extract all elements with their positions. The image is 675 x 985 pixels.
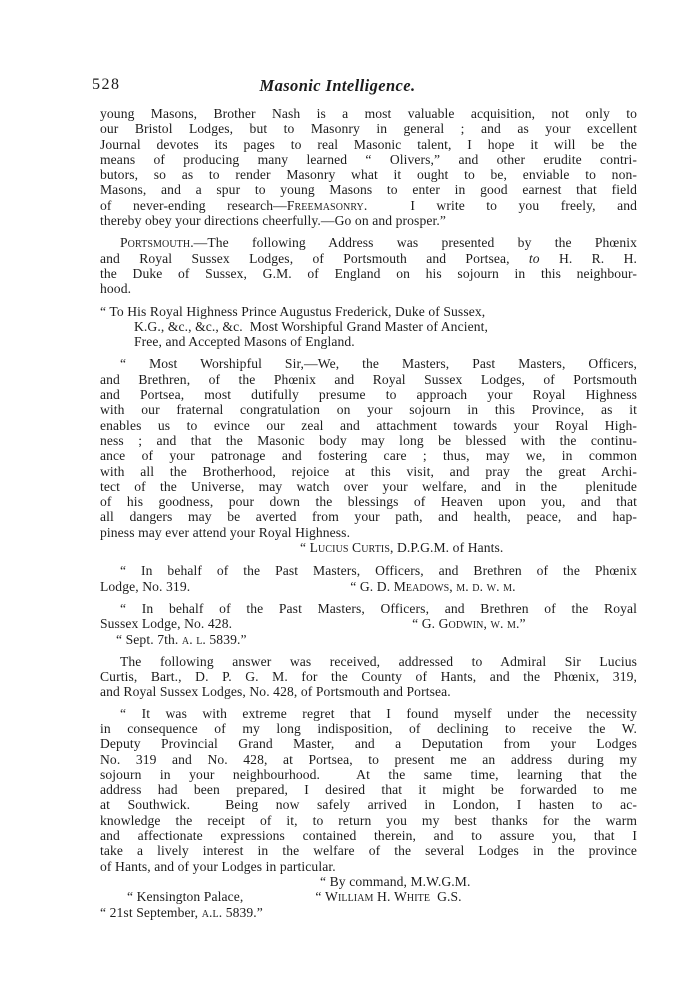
- text-run: Masons, and a spur to young Masons to en…: [100, 182, 637, 197]
- text-run: thereby obey your directions cheerfully.…: [100, 213, 446, 228]
- small-caps-run: a.l.: [202, 905, 223, 920]
- text-line: K.G., &c., &c., &c. Most Worshipful Gran…: [100, 319, 637, 334]
- text-run: The following answer was received, addre…: [120, 654, 637, 669]
- running-header: 528 Masonic Intelligence.: [0, 76, 675, 98]
- text-run: take a lively interest in the welfare of…: [100, 843, 637, 858]
- text-line: The following answer was received, addre…: [100, 654, 637, 669]
- text-run: Journal devotes its pages to real Masoni…: [100, 137, 637, 152]
- text-run: Sussex Lodge, No. 428.: [100, 616, 232, 631]
- text-line: and Royal Sussex Lodges, No. 428, of Por…: [100, 684, 637, 699]
- text-line: “ To His Royal Highness Prince Augustus …: [100, 304, 637, 319]
- small-caps-run: w. m.: [491, 616, 520, 631]
- text-line: with all the Brotherhood, rejoice at thi…: [100, 464, 637, 479]
- text-line: sojourn in your neighbourhood. At the sa…: [100, 767, 637, 782]
- text-run: and Royal Sussex Lodges, No. 428, of Por…: [100, 684, 451, 699]
- text-run: “ It was with extreme regret that I foun…: [120, 706, 637, 721]
- address-salutation: “ To His Royal Highness Prince Augustus …: [100, 304, 637, 350]
- text-line: of never-ending research—Freemasonry. I …: [100, 198, 637, 213]
- text-run: “ 21st September,: [100, 905, 202, 920]
- text-line: of his goodness, pour down the blessings…: [100, 494, 637, 509]
- answer-body-paragraph: “ It was with extreme regret that I foun…: [100, 706, 637, 874]
- text-run: “ In behalf of the Past Masters, Officer…: [120, 563, 637, 578]
- text-run: Deputy Provincial Grand Master, and a De…: [100, 736, 637, 751]
- text-run: at Southwick. Being now safely arrived i…: [100, 797, 637, 812]
- text-line: “ Kensington Palace,“ William H. White G…: [100, 889, 637, 904]
- text-line: with our fraternal congratulation on you…: [100, 402, 637, 417]
- text-line: Curtis, Bart., D. P. G. M. for the Count…: [100, 669, 637, 684]
- text-run: ance of your patronage and fostering car…: [100, 448, 637, 463]
- address-signature-line: “ Lucius Curtis, D.P.G.M. of Hants.: [100, 540, 637, 555]
- text-run: ,: [484, 616, 491, 631]
- text-run: ”: [520, 616, 526, 631]
- text-line: address had been prepared, I desired tha…: [100, 782, 637, 797]
- text-line: Journal devotes its pages to real Masoni…: [100, 137, 637, 152]
- text-run: tect of the Universe, may watch over you…: [100, 479, 637, 494]
- text-line: knowledge the receipt of it, to return y…: [100, 813, 637, 828]
- text-run: , D.P.G.M. of Hants.: [390, 540, 503, 555]
- text-line: Portsmouth.—The following Address was pr…: [100, 235, 637, 250]
- letter-closing-paragraph: young Masons, Brother Nash is a most val…: [100, 106, 637, 228]
- text-line: thereby obey your directions cheerfully.…: [100, 213, 637, 228]
- text-run: piness may ever attend your Royal Highne…: [100, 525, 350, 540]
- text-run: “: [300, 540, 310, 555]
- text-run: all dangers may be averted from your pat…: [100, 509, 637, 524]
- text-run: and Portsea, most dutifully presume to a…: [100, 387, 637, 402]
- text-run: of never-ending research—: [100, 198, 287, 213]
- text-line: our Bristol Lodges, but to Masonry in ge…: [100, 121, 637, 136]
- text-run: “ G. D.: [350, 579, 393, 594]
- text-run: the Duke of Sussex, G.M. of England on h…: [100, 266, 637, 281]
- small-caps-run: m. d. w. m.: [456, 579, 515, 594]
- scanned-book-page: 528 Masonic Intelligence. young Masons, …: [0, 0, 675, 985]
- text-run: Free, and Accepted Masons of England.: [134, 334, 355, 349]
- text-run: with our fraternal congratulation on you…: [100, 402, 637, 417]
- text-line: the Duke of Sussex, G.M. of England on h…: [100, 266, 637, 281]
- answer-intro-paragraph: The following answer was received, addre…: [100, 654, 637, 700]
- text-run: Curtis, Bart., D. P. G. M. for the Count…: [100, 669, 637, 684]
- text-run: in consequence of my long indisposition,…: [100, 721, 637, 736]
- text-line: ance of your patronage and fostering car…: [100, 448, 637, 463]
- text-run: sojourn in your neighbourhood. At the sa…: [100, 767, 637, 782]
- text-run: butors, so as to render Masonry what it …: [100, 167, 637, 182]
- text-line: Deputy Provincial Grand Master, and a De…: [100, 736, 637, 751]
- small-caps-run: White: [394, 889, 430, 904]
- text-run: Lodge, No. 319.: [100, 579, 190, 594]
- text-run: “ In behalf of the Past Masters, Officer…: [120, 601, 637, 616]
- text-line: Masons, and a spur to young Masons to en…: [100, 182, 637, 197]
- text-line: “ Most Worshipful Sir,—We, the Masters, …: [100, 356, 637, 371]
- text-run: young Masons, Brother Nash is a most val…: [100, 106, 637, 121]
- text-run: .—The following Address was presented by…: [190, 235, 637, 250]
- text-run: and affectionate expressions contained t…: [100, 828, 637, 843]
- text-run: “ Most Worshipful Sir,—We, the Masters, …: [120, 356, 637, 371]
- text-run: knowledge the receipt of it, to return y…: [100, 813, 637, 828]
- text-run: “ Kensington Palace,: [127, 889, 243, 904]
- text-line: “ In behalf of the Past Masters, Officer…: [100, 563, 637, 578]
- text-run: . I write to you freely, and: [364, 198, 637, 213]
- text-line: at Southwick. Being now safely arrived i…: [100, 797, 637, 812]
- small-caps-run: Portsmouth: [120, 235, 190, 250]
- text-run: 5839.”: [206, 632, 247, 647]
- text-line: and Portsea, most dutifully presume to a…: [100, 387, 637, 402]
- text-line: “ By command, M.W.G.M.: [100, 874, 637, 889]
- text-run: “ Sept. 7th.: [116, 632, 182, 647]
- text-run: of his goodness, pour down the blessings…: [100, 494, 637, 509]
- text-line: in consequence of my long indisposition,…: [100, 721, 637, 736]
- text-run: hood.: [100, 281, 131, 296]
- text-line: Lodge, No. 319.“ G. D. Meadows, m. d. w.…: [100, 579, 637, 594]
- place-and-secretary-line: “ Kensington Palace,“ William H. White G…: [100, 889, 637, 904]
- text-run: means of producing many learned “ Oliver…: [100, 152, 637, 167]
- text-line: hood.: [100, 281, 637, 296]
- sussex-endorsement: “ In behalf of the Past Masters, Officer…: [100, 601, 637, 647]
- small-caps-run: Lucius Curtis: [310, 540, 390, 555]
- text-run: H.: [374, 889, 394, 904]
- text-run: K.G., &c., &c., &c. Most Worshipful Gran…: [134, 319, 488, 334]
- address-body-paragraph: “ Most Worshipful Sir,—We, the Masters, …: [100, 356, 637, 540]
- phoenix-endorsement: “ In behalf of the Past Masters, Officer…: [100, 563, 637, 594]
- text-run: of Hants, and of your Lodges in particul…: [100, 859, 336, 874]
- text-line: ness ; and that the Masonic body may lon…: [100, 433, 637, 448]
- text-run: address had been prepared, I desired tha…: [100, 782, 637, 797]
- text-run: and Royal Sussex Lodges, of Portsmouth a…: [100, 251, 529, 266]
- text-line: of Hants, and of your Lodges in particul…: [100, 859, 637, 874]
- small-caps-run: Godwin: [439, 616, 484, 631]
- text-run: “ To His Royal Highness Prince Augustus …: [100, 304, 485, 319]
- small-caps-run: Meadows: [394, 579, 450, 594]
- text-run: No. 319 and No. 428, at Portsea, to pres…: [100, 752, 637, 767]
- text-line: butors, so as to render Masonry what it …: [100, 167, 637, 182]
- text-line: and Brethren, of the Phœnix and Royal Su…: [100, 372, 637, 387]
- small-caps-run: a. l.: [182, 632, 206, 647]
- page-text: young Masons, Brother Nash is a most val…: [100, 106, 637, 920]
- text-run: enables us to evince our zeal and attach…: [100, 418, 637, 433]
- date-line: “ 21st September, a.l. 5839.”: [100, 905, 637, 920]
- text-line: and Royal Sussex Lodges, of Portsmouth a…: [100, 251, 637, 266]
- text-line: No. 319 and No. 428, at Portsea, to pres…: [100, 752, 637, 767]
- text-run: and Brethren, of the Phœnix and Royal Su…: [100, 372, 637, 387]
- running-title: Masonic Intelligence.: [260, 76, 416, 96]
- text-line: means of producing many learned “ Oliver…: [100, 152, 637, 167]
- text-run: “ G.: [412, 616, 439, 631]
- italic-run: to: [529, 251, 540, 266]
- page-number: 528: [92, 76, 121, 94]
- text-run: 5839.”: [222, 905, 263, 920]
- small-caps-run: Freemasonry: [287, 198, 364, 213]
- text-line: “ 21st September, a.l. 5839.”: [100, 905, 637, 920]
- text-line: young Masons, Brother Nash is a most val…: [100, 106, 637, 121]
- text-run: G.S.: [430, 889, 462, 904]
- text-line: “ It was with extreme regret that I foun…: [100, 706, 637, 721]
- text-line: “ In behalf of the Past Masters, Officer…: [100, 601, 637, 616]
- text-line: piness may ever attend your Royal Highne…: [100, 525, 637, 540]
- text-line: tect of the Universe, may watch over you…: [100, 479, 637, 494]
- text-line: enables us to evince our zeal and attach…: [100, 418, 637, 433]
- text-run: “ By command, M.W.G.M.: [320, 874, 470, 889]
- portsmouth-intro-paragraph: Portsmouth.—The following Address was pr…: [100, 235, 637, 296]
- text-run: ness ; and that the Masonic body may lon…: [100, 433, 637, 448]
- text-line: all dangers may be averted from your pat…: [100, 509, 637, 524]
- text-line: Free, and Accepted Masons of England.: [100, 334, 637, 349]
- text-line: “ Sept. 7th. a. l. 5839.”: [100, 632, 637, 647]
- small-caps-run: William: [325, 889, 374, 904]
- text-line: Sussex Lodge, No. 428.“ G. Godwin, w. m.…: [100, 616, 637, 631]
- text-run: our Bristol Lodges, but to Masonry in ge…: [100, 121, 637, 136]
- text-run: H. R. H.: [540, 251, 637, 266]
- text-line: “ Lucius Curtis, D.P.G.M. of Hants.: [100, 540, 637, 555]
- text-run: with all the Brotherhood, rejoice at thi…: [100, 464, 637, 479]
- by-command-line: “ By command, M.W.G.M.: [100, 874, 637, 889]
- text-run: “: [315, 889, 325, 904]
- text-line: take a lively interest in the welfare of…: [100, 843, 637, 858]
- text-line: and affectionate expressions contained t…: [100, 828, 637, 843]
